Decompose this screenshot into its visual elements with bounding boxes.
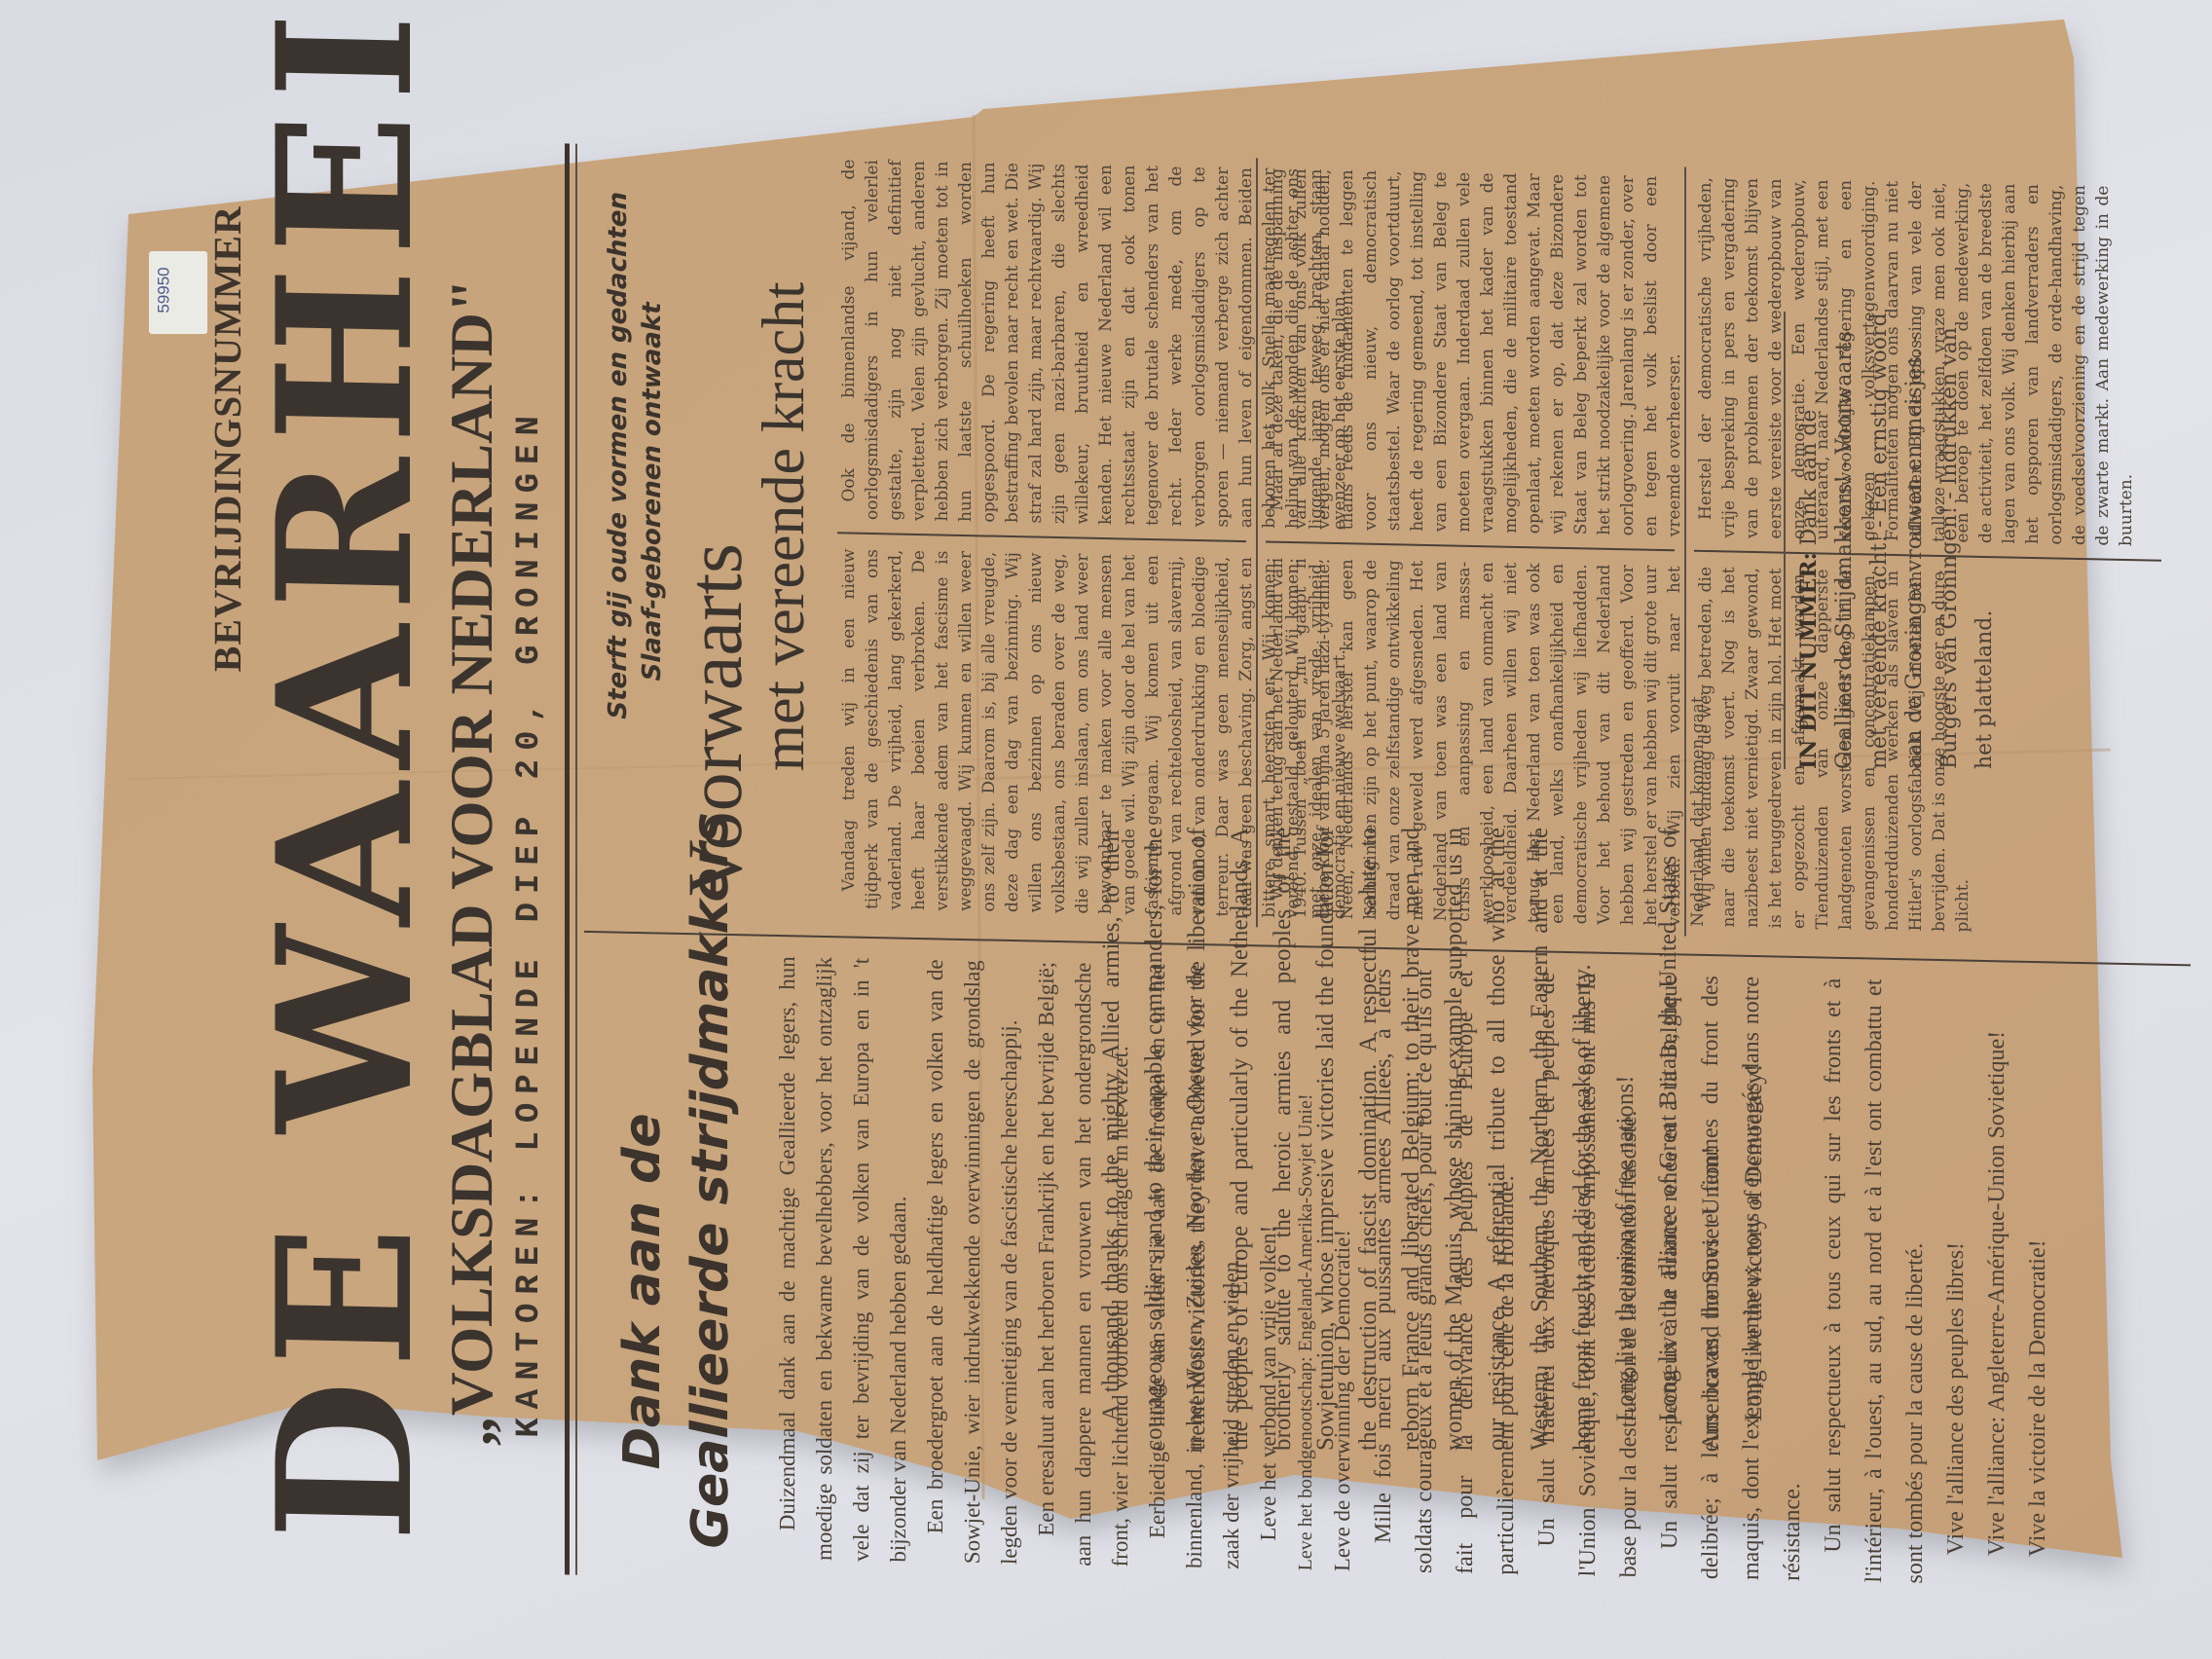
slogan: Long live the alliance of Great Britain,… (1647, 828, 1733, 1451)
toc-divider (1784, 312, 1786, 769)
masthead: BEVRIJDINGSNUMMER DE WAARHEID „VOLKSDAGB… (127, 134, 613, 1575)
paragraph: Duizendmaal dank aan de machtige Geallie… (769, 956, 917, 1563)
office-address: KANTOREN: LOPENDE DIEP 20, GRONINGEN (511, 407, 548, 1438)
slogan: Long live the union of free nations! (1604, 828, 1647, 1451)
toc-items: Dank aan de Geallieerde Strijdmakkers! -… (1797, 313, 1997, 769)
newspaper-subtitle: „VOLKSDAGBLAD VOOR NEDERLAND" (438, 278, 507, 1447)
paragraph: Een broedergroet aan de heldhaftige lege… (917, 959, 1028, 1565)
article-kicker-line2: Slaaf-geborenen ontwaakt (638, 302, 667, 682)
english-section: A thousand thanks to the mighty Allied a… (1090, 828, 2025, 1451)
table-of-contents: IN DIT NUMMER: Dank aan de Geallieerde S… (1791, 312, 2045, 769)
column-divider (837, 532, 1246, 542)
paragraph: Maar al deze taken, die de inspanning va… (1266, 168, 1686, 537)
paragraph: A thousand thanks to the mighty Allied a… (1090, 828, 1604, 1451)
article-headline-line2: Geallieerde strijdmakkers (682, 812, 740, 1549)
article-headline-line1: Dank aan de (613, 1113, 672, 1470)
toc-text: IN DIT NUMMER: Dank aan de Geallieerde S… (1791, 312, 2003, 769)
article-column-4: Maar al deze taken, die de inspanning va… (1266, 168, 1686, 537)
column-divider (1684, 167, 1686, 937)
article-headline-line2: met vereende kracht (750, 281, 819, 772)
toc-label: IN DIT NUMMER: (1796, 552, 1822, 769)
slogan: Long live the victory of Democracy! (1733, 828, 1776, 1451)
column-divider (1256, 158, 1258, 927)
article-kicker-line1: Sterft gij oude vormen en gedachten (604, 192, 633, 719)
column-divider (1266, 541, 1675, 552)
article-headline-line1: Voorwaarts (672, 542, 760, 898)
newspaper-title: DE WAARHEID (253, 0, 438, 1543)
english-text-block: A thousand thanks to the mighty Allied a… (1090, 828, 1776, 1451)
masthead-rule (565, 143, 577, 1574)
